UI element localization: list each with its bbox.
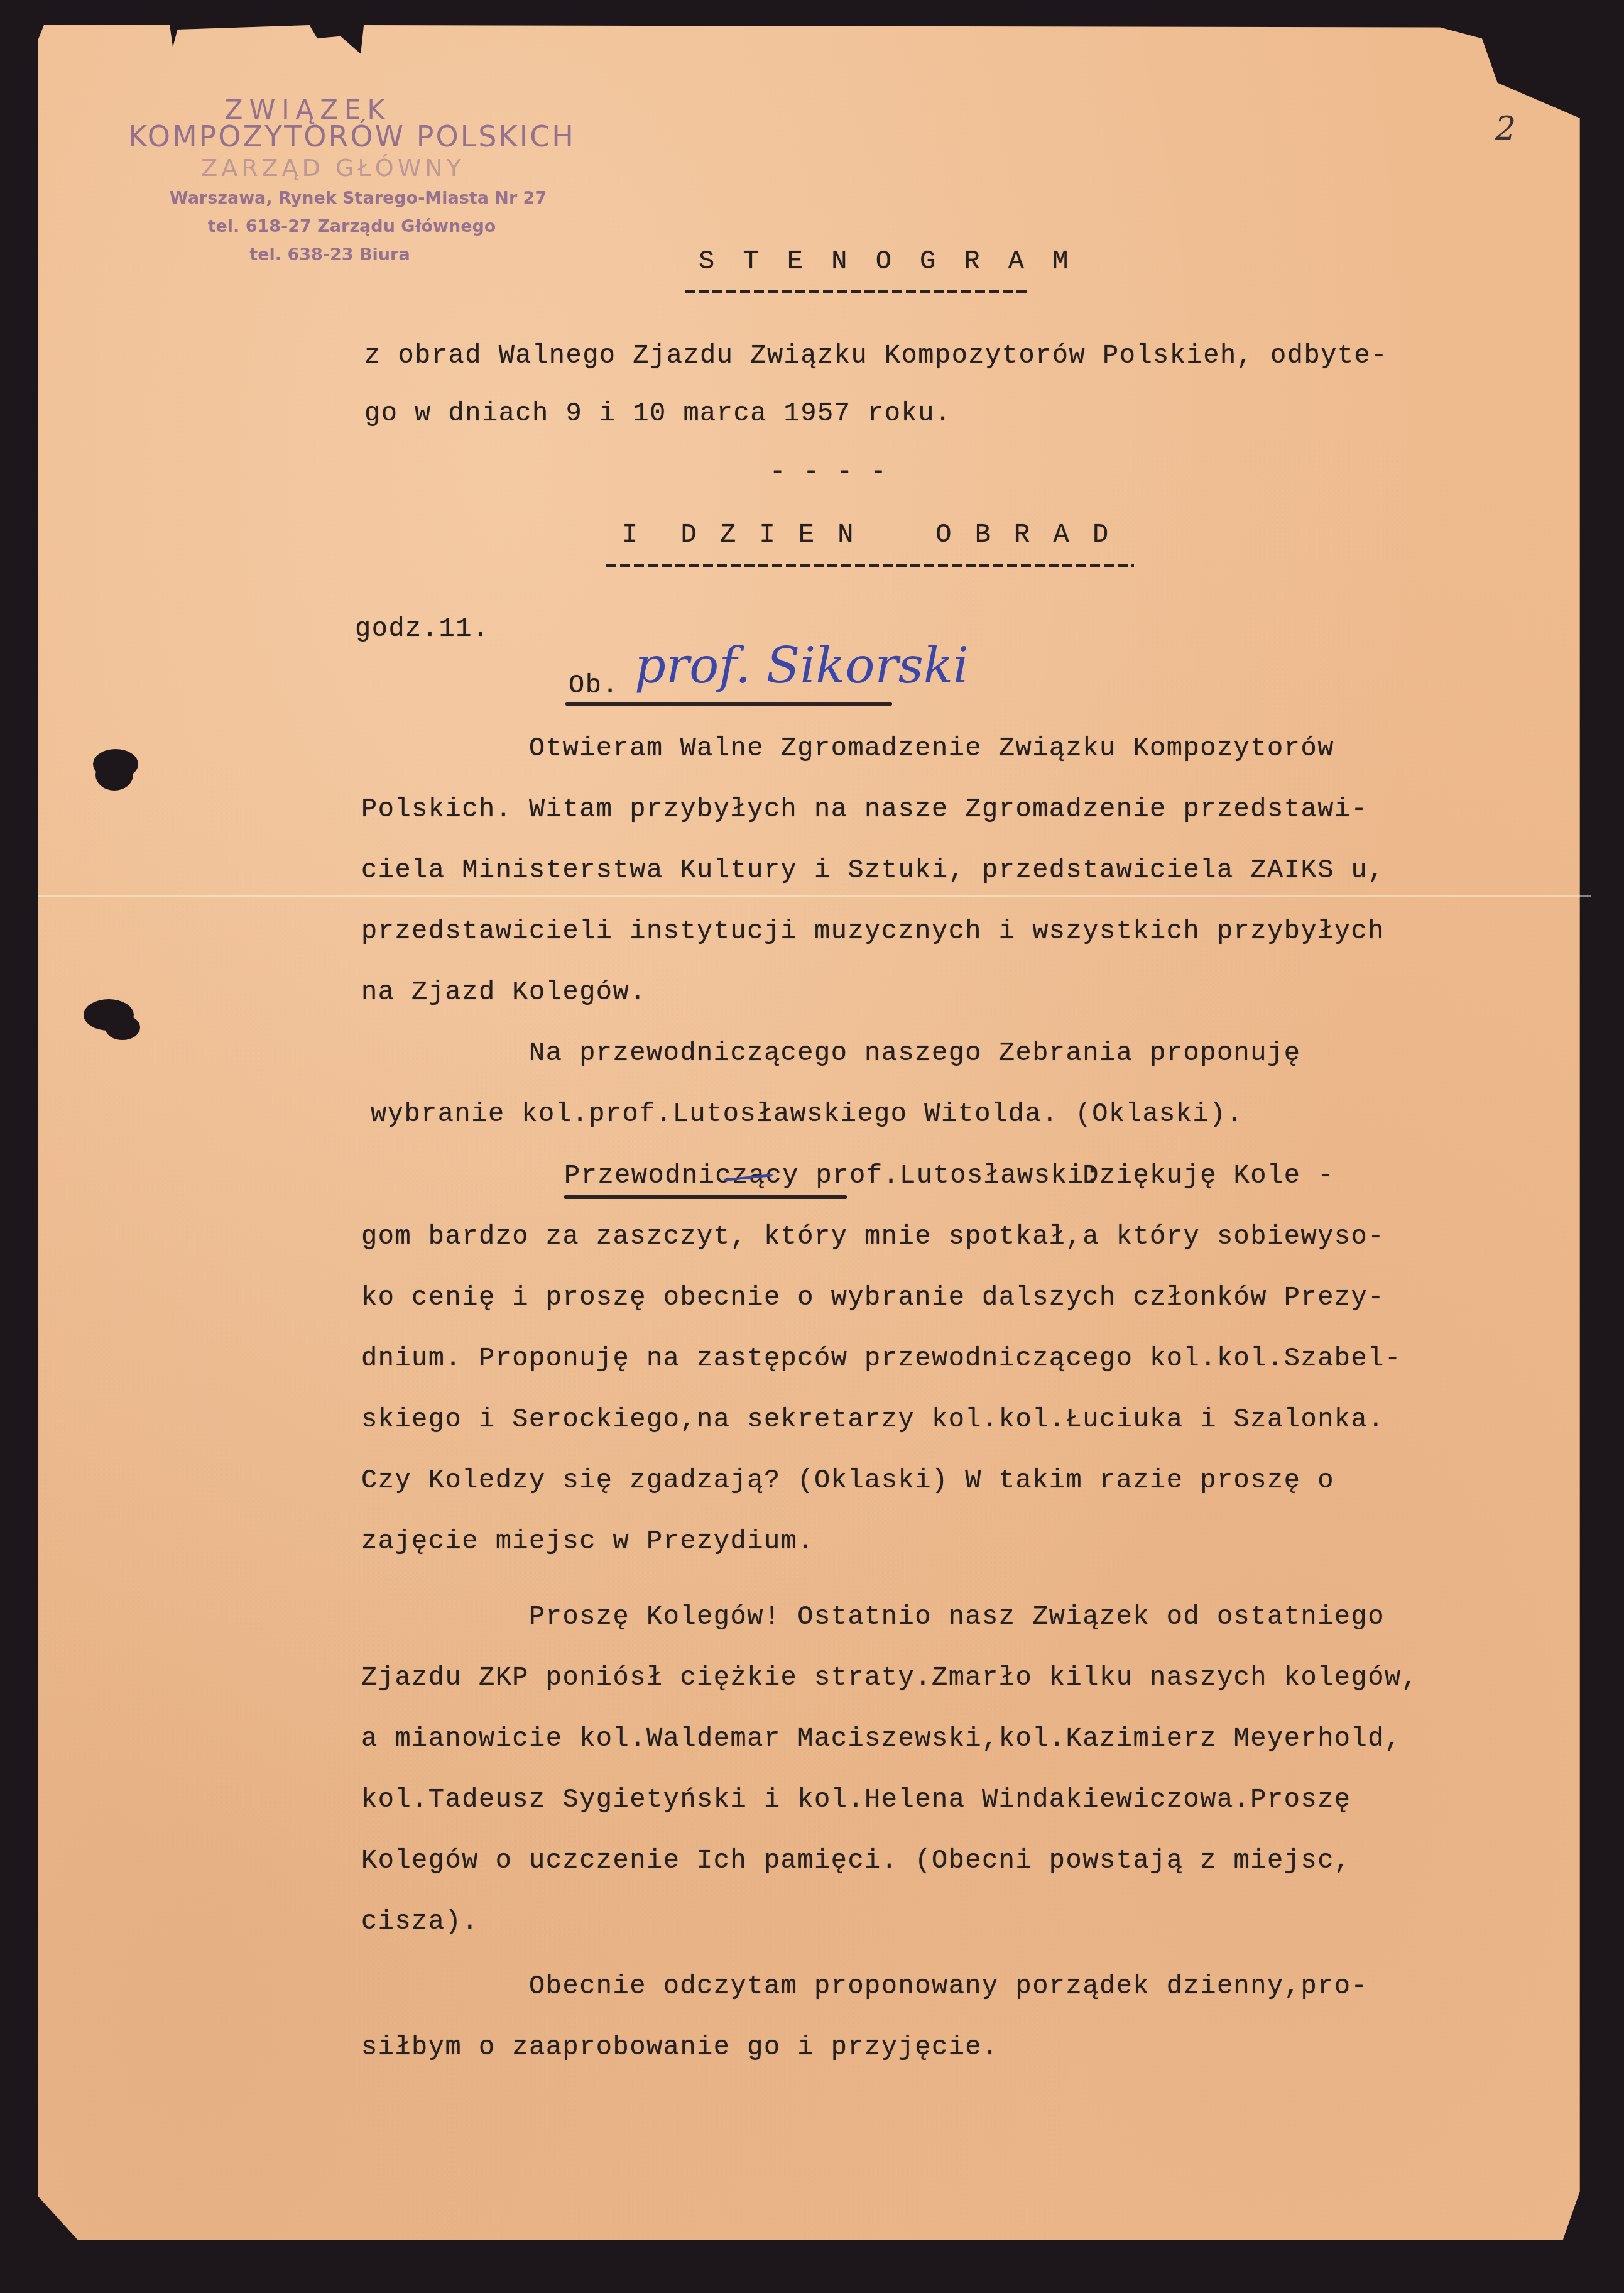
- handwritten-speaker-name: prof. Sikorski: [635, 638, 969, 694]
- paragraph-line: wybranie kol.prof.Lutosławskiego Witolda…: [371, 1101, 1243, 1127]
- paragraph-line: ko cenię i proszę obecnie o wybranie dal…: [361, 1284, 1385, 1311]
- paragraph-line: Zjazdu ZKP poniósł ciężkie straty.Zmarło…: [361, 1665, 1418, 1691]
- punch-hole-icon: [105, 1015, 140, 1040]
- paragraph-line: gom bardzo za zaszczyt, który mnie spotk…: [361, 1223, 1385, 1250]
- stamp-address: Warszawa, Rynek Starego-Miasta Nr 27: [126, 189, 591, 208]
- stamp-line: ZARZĄD GŁÓWNY: [176, 154, 490, 182]
- paragraph-line: ciela Ministerstwa Kultury i Sztuki, prz…: [361, 857, 1385, 884]
- speaker-typed-label: Ob.: [569, 672, 619, 699]
- paper-fold-crease: [38, 895, 1591, 897]
- paragraph-line: skiego i Serockiego,na sekretarzy kol.ko…: [361, 1406, 1385, 1433]
- stamp-phone: tel. 638-23 Biura: [182, 245, 477, 265]
- speaker-underline: [565, 702, 892, 706]
- chairman-speaker-underline: [564, 1195, 847, 1199]
- separator: - - - -: [770, 459, 887, 485]
- title-underline: [685, 290, 1027, 293]
- section-heading: I D Z I E N O B R A D: [622, 522, 1112, 548]
- paragraph-line: cisza).: [361, 1908, 479, 1935]
- time-label: godz.11.: [355, 616, 489, 642]
- paragraph-line: siłbym o zaaprobowanie go i przyjęcie.: [361, 2034, 999, 2060]
- subtitle-line: z obrad Walnego Zjazdu Związku Kompozyto…: [364, 342, 1388, 369]
- paragraph-line: Na przewodniczącego naszego Zebrania pro…: [361, 1040, 1300, 1066]
- paragraph-line: na Zjazd Kolegów.: [361, 979, 646, 1005]
- stamp-line: KOMPOZYTORÓW POLSKICH: [113, 119, 591, 153]
- paragraph-line: Dziękuję Kole -: [361, 1163, 1334, 1189]
- paragraph-line: przedstawicieli instytucji muzycznych i …: [361, 918, 1385, 944]
- paragraph-line: kol.Tadeusz Sygietyński i kol.Helena Win…: [361, 1787, 1351, 1813]
- paragraph-line: dnium. Proponuję na zastępców przewodnic…: [361, 1345, 1402, 1372]
- paragraph-line: a mianowicie kol.Waldemar Maciszewski,ko…: [361, 1726, 1402, 1752]
- paragraph-line: Polskich. Witam przybyłych na nasze Zgro…: [361, 796, 1368, 823]
- page-number: 2: [1495, 110, 1516, 148]
- paragraph-line: Otwieram Walne Zgromadzenie Związku Komp…: [361, 735, 1334, 762]
- paragraph-line: zajęcie miejsc w Prezydium.: [361, 1528, 814, 1555]
- section-underline: [606, 564, 1134, 567]
- subtitle-line: go w dniach 9 i 10 marca 1957 roku.: [364, 400, 952, 427]
- paragraph-line: Kolegów o uczczenie Ich pamięci. (Obecni…: [361, 1847, 1351, 1874]
- punch-hole-icon: [95, 759, 133, 791]
- paragraph-line: Proszę Kolegów! Ostatnio nasz Związek od…: [361, 1604, 1385, 1630]
- document-title: S T E N O G R A M: [699, 248, 1074, 275]
- paragraph-line: Czy Koledzy się zgadzają? (Oklaski) W ta…: [361, 1467, 1334, 1494]
- stamp-phone: tel. 618-27 Zarządu Głównego: [157, 217, 547, 236]
- paragraph-line: Obecnie odczytam proponowany porządek dz…: [361, 1973, 1368, 2000]
